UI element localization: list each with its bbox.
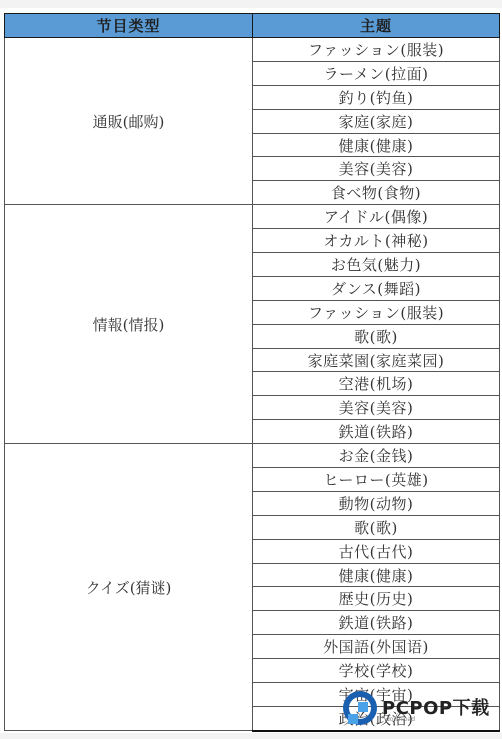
topic-cell: お金(金钱) <box>253 444 500 468</box>
header-program-type: 节目类型 <box>5 14 253 38</box>
topic-cell: ダンス(舞蹈) <box>253 276 500 300</box>
table-header-row: 节目类型 主题 <box>5 14 500 38</box>
topic-cell: 空港(机场) <box>253 372 500 396</box>
table-row: 通販(邮购)ファッション(服装) <box>5 38 500 62</box>
topic-cell: ファッション(服装) <box>253 38 500 62</box>
table-row: クイズ(猜谜)お金(金钱) <box>5 444 500 468</box>
topic-cell: 歴史(历史) <box>253 587 500 611</box>
topic-cell: ラーメン(拉面) <box>253 61 500 85</box>
topic-cell: お色気(魅力) <box>253 253 500 277</box>
header-topic: 主题 <box>253 14 500 38</box>
topic-cell: 食べ物(食物) <box>253 181 500 205</box>
program-topic-table: 节目类型 主题 通販(邮购)ファッション(服装)ラーメン(拉面)釣り(钓鱼)家庭… <box>4 13 500 732</box>
category-cell: クイズ(猜谜) <box>5 444 253 731</box>
topic-cell: 健康(健康) <box>253 563 500 587</box>
table-row: 情報(情报)アイドル(偶像) <box>5 205 500 229</box>
topic-cell: 歌(歌) <box>253 324 500 348</box>
topic-cell: 家庭菜園(家庭菜园) <box>253 348 500 372</box>
topic-cell: 美容(美容) <box>253 396 500 420</box>
topic-cell: 家庭(家庭) <box>253 109 500 133</box>
table-body: 通販(邮购)ファッション(服装)ラーメン(拉面)釣り(钓鱼)家庭(家庭)健康(健… <box>5 38 500 731</box>
topic-cell: 動物(动物) <box>253 491 500 515</box>
topic-cell: ファッション(服装) <box>253 300 500 324</box>
topic-cell: 鉄道(铁路) <box>253 611 500 635</box>
topic-cell: 健康(健康) <box>253 133 500 157</box>
topic-cell: 美容(美容) <box>253 157 500 181</box>
topic-cell: 鉄道(铁路) <box>253 420 500 444</box>
topic-cell: オカルト(神秘) <box>253 229 500 253</box>
category-cell: 通販(邮购) <box>5 38 253 205</box>
topic-cell: 古代(古代) <box>253 539 500 563</box>
topic-cell: 釣り(钓鱼) <box>253 85 500 109</box>
topic-cell: 学校(学校) <box>253 659 500 683</box>
topic-cell: アイドル(偶像) <box>253 205 500 229</box>
topic-cell: 宇宙(宇宙) <box>253 683 500 707</box>
topic-cell: 外国語(外国语) <box>253 635 500 659</box>
topic-cell: 政治(政治) <box>253 706 500 730</box>
category-cell: 情報(情报) <box>5 205 253 444</box>
topic-cell: 歌(歌) <box>253 515 500 539</box>
topic-cell: ヒーロー(英雄) <box>253 468 500 492</box>
